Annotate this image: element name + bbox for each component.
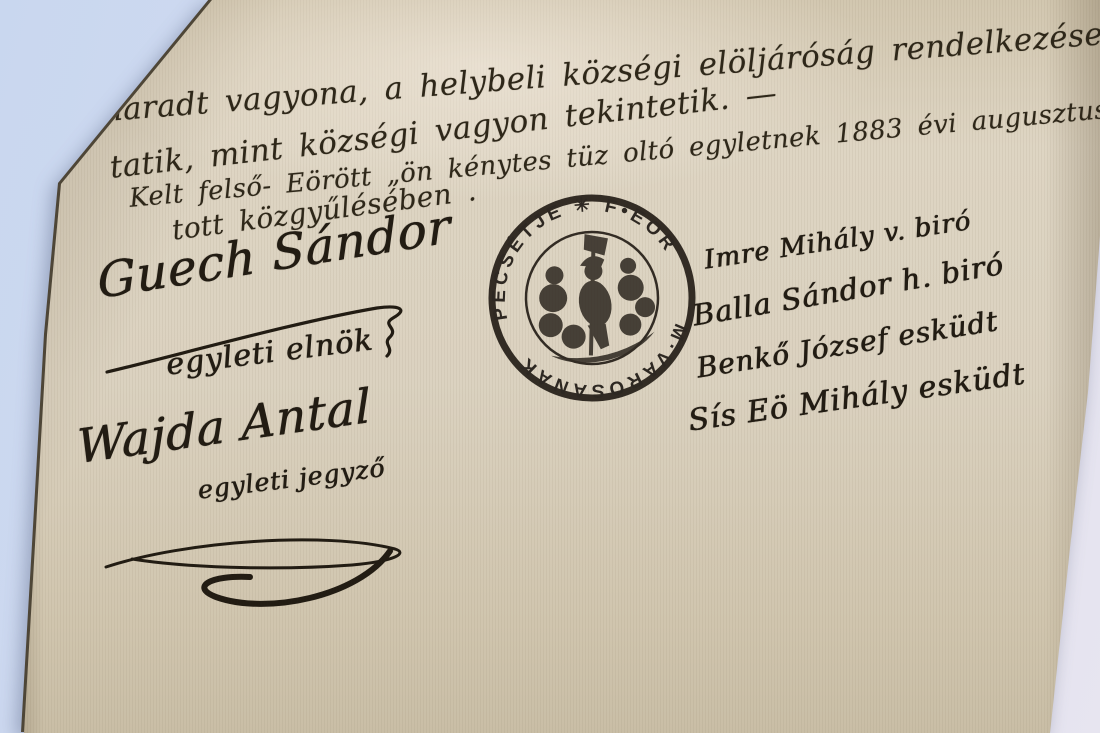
secretary-title: egyleti jegyző [196, 453, 387, 505]
photo-canvas: maradt vagyona, a helybeli községi elölj… [0, 0, 1100, 733]
document-page: maradt vagyona, a helybeli községi elölj… [0, 0, 1100, 733]
seal-saint-with-halberd-icon [522, 223, 664, 373]
page-paper: maradt vagyona, a helybeli községi elölj… [0, 0, 1100, 733]
official-town-seal: PECSÉTJE ✳ F•EOR M·VAROSANAK [482, 190, 704, 408]
secretary-signature-flourish [90, 505, 430, 615]
